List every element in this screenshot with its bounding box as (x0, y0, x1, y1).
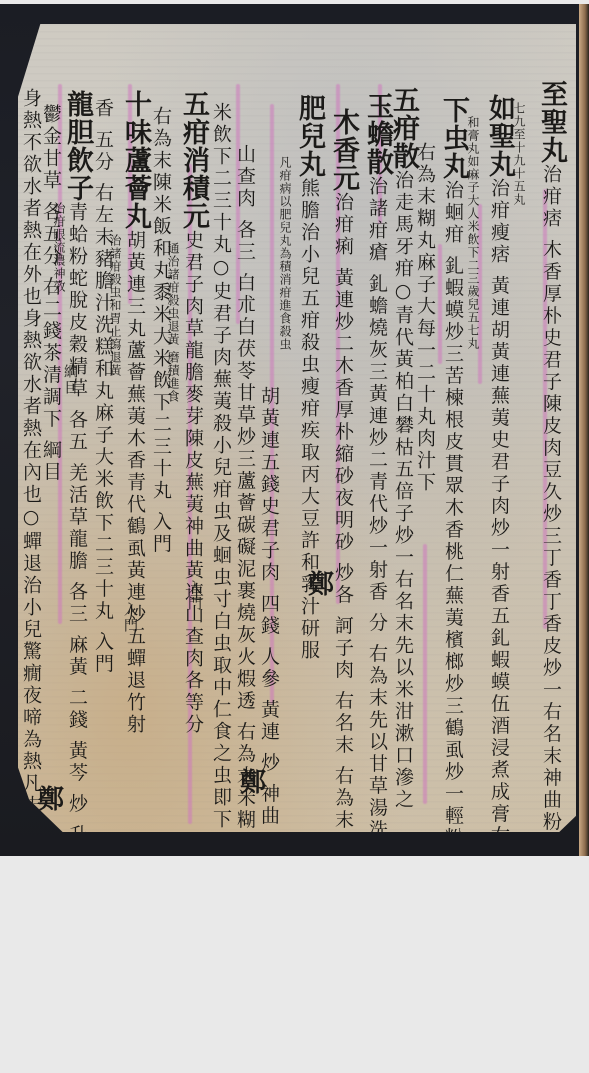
column-2b: 如聖丸治疳瘦痞 黃連胡黃連蕪荑史君子肉炒一射香五釓蝦蟆伍酒浸煮成膏右五味名末 (484, 94, 514, 869)
column-text: 青蛤粉蛇脫皮穀精草 各五 羌活草龍膽 各三 麻黃 二錢 黃芩 炒 升麻 錢三 (66, 202, 88, 869)
column-subtext: 凡疳病以肥兒丸為積消疳進食殺虫 (278, 156, 292, 351)
column-4: 下虫丸治蛔疳 釓蝦蟆炒三苦楝根皮貫眾木香桃仁蕪荑檳榔炒三鶴虱炒一輕粉五史君 (438, 96, 468, 869)
book-spine-edge (579, 4, 589, 856)
column-12: 山查肉 各三 白朮白茯苓甘草炒三蘆薈碳礙泥裹燒灰火煆透 右為末米糊和丸粟豆大 (234, 144, 256, 869)
column-text: 右為末陳米飯和丸黍米大米飲下二三十丸 入門 (150, 106, 172, 555)
column-6: 五疳散治走馬牙疳○青代黃柏白礬枯五倍子炒一右名末先以米泔漱口滲之 (388, 86, 418, 811)
column-17: 十味蘆薈丸胡黃連三丸蘆薈蕪荑木香青代鶴虱黃連炒五蟬退竹射 (120, 90, 150, 736)
prescription-title: 十味蘆薈丸 (120, 90, 151, 230)
column-text: 史君子肉草龍膽麥芽陳皮蕪荑神曲黃連山查肉各等分 (182, 230, 204, 736)
prescription-title: 玉蟾散 (362, 92, 393, 176)
marginal-note: 入門 (184, 580, 204, 612)
column-16: 右為末陳米飯和丸黍米大米飲下二三十丸 入門 (150, 106, 172, 555)
column-13: 米飲下二三十丸○史君子肉蕪荑殺小兒疳虫及蛔虫寸白虫取中仁食之虫即下 (210, 102, 232, 831)
column-text: 香 五分 右左末豬膽汁洗糕和丸麻子大米飲下二三十丸 入門 (92, 98, 114, 675)
prescription-title: 如聖丸 (484, 94, 515, 178)
prescription-title: 下虫丸 (438, 96, 469, 180)
column-14: 五疳消積元史君子肉草龍膽麥芽陳皮蕪荑神曲黃連山查肉各等分 (178, 90, 208, 736)
column-19: 香 五分 右左末豬膽汁洗糕和丸麻子大米飲下二三十丸 入門 (92, 98, 114, 675)
highlight-line (423, 544, 427, 804)
column-23: 身熱不欲水者熱在外也身熱欲水者熱在內也○蟬退治小兒驚癇夜啼為熱凡末和飲 (20, 88, 42, 861)
column-8: 木香元治疳痢 黃連炒二木香厚朴縮砂夜明砂 炒各 訶子肉 右名末 右為末飯丸麻子大… (328, 108, 358, 869)
column-10: 凡疳病以肥兒丸為積消疳進食殺虫 (276, 156, 295, 351)
column-text: 治疳痞 木香厚朴史君子陳皮肉豆久炒三丁香丁香皮炒一右名末神曲粉和丸麻子大米飲下 (540, 164, 562, 869)
manuscript-page: 至聖丸治疳痞 木香厚朴史君子陳皮肉豆久炒三丁香丁香皮炒一右名末神曲粉和丸麻子大米… (18, 24, 576, 832)
seal-mark: 鄭 (38, 779, 64, 816)
marginal-note: 入門 (120, 602, 140, 634)
prescription-title: 木香元 (328, 108, 359, 192)
column-text: 治諸疳瘡 釓蟾燒灰三黃連炒二青代炒一射香 分 右為末先以甘草湯洗後塗之炒 (366, 176, 388, 869)
column-text: 治走馬牙疳○青代黃柏白礬枯五倍子炒一右名末先以米泔漱口滲之 (392, 170, 414, 811)
seal-mark: 鄭 (240, 762, 266, 799)
prescription-title: 五疳消積元 (178, 90, 209, 230)
column-text: 胡黃連三丸蘆薈蕪荑木香青代鶴虱黃連炒五蟬退竹射 (124, 230, 146, 736)
column-text: 身熱不欲水者熱在外也身熱欲水者熱在內也○蟬退治小兒驚癇夜啼為熱凡末和飲 (20, 88, 42, 861)
prescription-title: 肥兒丸 (294, 94, 325, 178)
column-22: 鬱金甘草 各五分 右二錢茶清調下 綱目 (40, 104, 62, 483)
column-text: 山查肉 各三 白朮白茯苓甘草炒三蘆薈碳礙泥裹燒灰火煆透 右為末米糊和丸粟豆大 (234, 144, 256, 869)
prescription-title: 至聖丸 (536, 80, 567, 164)
column-text: 治蛔疳 釓蝦蟆炒三苦楝根皮貫眾木香桃仁蕪荑檳榔炒三鶴虱炒一輕粉五史君 (442, 180, 464, 869)
marginal-note: 綱目 (60, 364, 80, 396)
column-text: 鬱金甘草 各五分 右二錢茶清調下 綱目 (40, 104, 62, 483)
column-text: 米飲下二三十丸○史君子肉蕪荑殺小兒疳虫及蛔虫寸白虫取中仁食之虫即下 (210, 102, 232, 831)
column-7: 玉蟾散治諸疳瘡 釓蟾燒灰三黃連炒二青代炒一射香 分 右為末先以甘草湯洗後塗之炒 (362, 92, 392, 869)
scan-viewer: 至聖丸治疳痞 木香厚朴史君子陳皮肉豆久炒三丁香丁香皮炒一右名末神曲粉和丸麻子大米… (0, 0, 589, 869)
column-text: 治疳瘦痞 黃連胡黃連蕪荑史君子肉炒一射香五釓蝦蟆伍酒浸煮成膏右五味名末 (488, 178, 510, 869)
column-text: 治疳痢 黃連炒二木香厚朴縮砂夜明砂 炒各 訶子肉 右名末 右為末飯丸麻子大每服下… (332, 192, 354, 869)
column-1: 至聖丸治疳痞 木香厚朴史君子陳皮肉豆久炒三丁香丁香皮炒一右名末神曲粉和丸麻子大米… (536, 80, 566, 869)
prescription-title: 龍胆飲子 (62, 90, 93, 202)
seal-mark: 鄭 (308, 564, 334, 601)
